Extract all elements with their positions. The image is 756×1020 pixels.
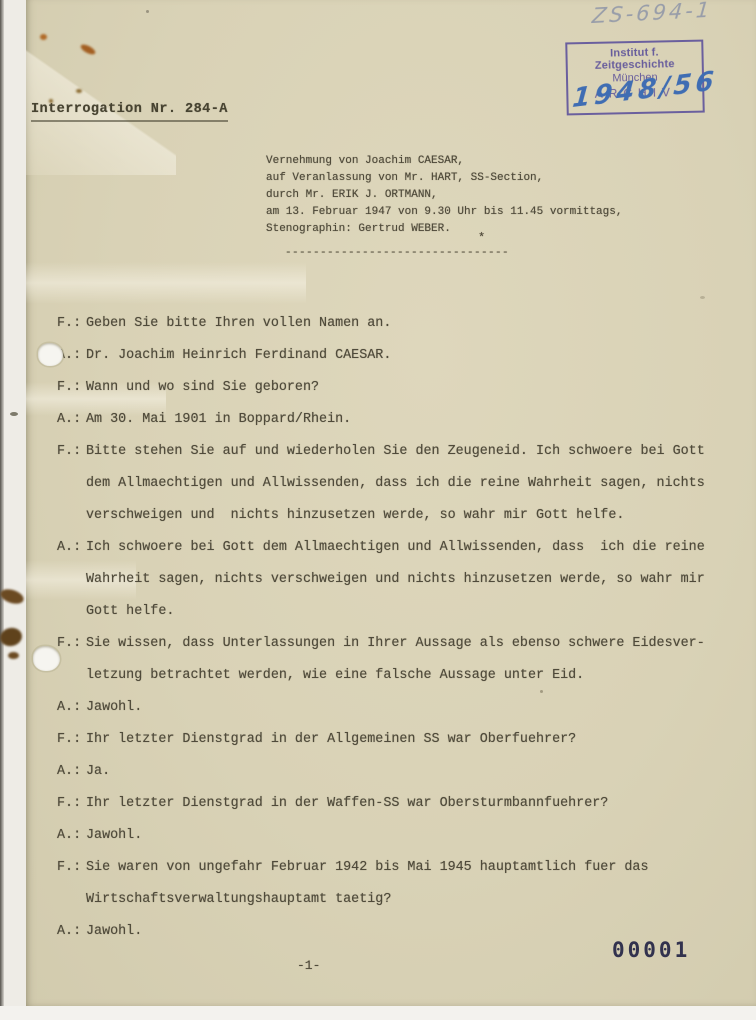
page-number: -1- xyxy=(297,958,320,973)
transcript-text: Wirtschaftsverwaltungshauptamt taetig? xyxy=(86,892,391,907)
scan-margin-bottom xyxy=(0,1006,756,1020)
transcript-text: Jawohl. xyxy=(86,700,142,715)
speaker-label: A.: xyxy=(57,692,86,724)
transcript-text: dem Allmaechtigen und Allwissenden, dass… xyxy=(86,476,705,491)
speaker-label: F.: xyxy=(57,852,86,884)
transcript-text: Ja. xyxy=(86,764,110,779)
transcript-text: Dr. Joachim Heinrich Ferdinand CAESAR. xyxy=(86,348,391,363)
transcript-text: Jawohl. xyxy=(86,924,142,939)
transcript-line: F.:Geben Sie bitte Ihren vollen Namen an… xyxy=(57,308,729,340)
punch-hole xyxy=(33,646,60,671)
transcript-line: A.:Jawohl. xyxy=(57,820,729,852)
speaker-label: A.: xyxy=(57,404,86,436)
separator-line: -------------------------------- xyxy=(285,247,509,259)
transcript-text: Ihr letzter Dienstgrad in der Allgemeine… xyxy=(86,732,576,747)
speaker-label: A.: xyxy=(57,756,86,788)
transcript-text: Wahrheit sagen, nichts verschweigen und … xyxy=(86,572,705,587)
transcript-text: Jawohl. xyxy=(86,828,142,843)
speaker-label: F.: xyxy=(57,372,86,404)
corner-fold-crease xyxy=(26,0,176,175)
transcript-text: Sie waren von ungefahr Februar 1942 bis … xyxy=(86,860,649,875)
transcript-line: verschweigen und nichts hinzusetzen werd… xyxy=(57,500,729,532)
header-line: auf Veranlassung von Mr. HART, SS-Sectio… xyxy=(266,170,622,187)
speaker-label: F.: xyxy=(57,436,86,468)
stamp-line-institute: Institut f. Zeitgeschichte xyxy=(569,46,699,73)
transcript-line: A.:Dr. Joachim Heinrich Ferdinand CAESAR… xyxy=(57,340,729,372)
transcript-text: verschweigen und nichts hinzusetzen werd… xyxy=(86,508,624,523)
transcript-line: F.:Ihr letzter Dienstgrad in der Allgeme… xyxy=(57,724,729,756)
transcript-line: F.:Sie wissen, dass Unterlassungen in Ih… xyxy=(57,628,729,660)
transcript-text: Geben Sie bitte Ihren vollen Namen an. xyxy=(86,316,391,331)
asterisk-mark: * xyxy=(478,231,485,245)
transcript-line: F.:Sie waren von ungefahr Februar 1942 b… xyxy=(57,852,729,884)
transcript-line: F.:Ihr letzter Dienstgrad in der Waffen-… xyxy=(57,788,729,820)
transcript-text: Bitte stehen Sie auf und wiederholen Sie… xyxy=(86,444,705,459)
transcript-text: Ich schwoere bei Gott dem Allmaechtigen … xyxy=(86,540,705,555)
rust-stain xyxy=(49,99,53,103)
transcript: F.:Geben Sie bitte Ihren vollen Namen an… xyxy=(57,308,729,948)
speck xyxy=(10,412,18,416)
speaker-label: F.: xyxy=(57,308,86,340)
scan-margin-left xyxy=(4,0,28,1020)
paper-wrinkle xyxy=(26,262,306,304)
document-title: Interrogation Nr. 284-A xyxy=(31,102,228,122)
transcript-line: Wirtschaftsverwaltungshauptamt taetig? xyxy=(57,884,729,916)
rust-stain xyxy=(76,89,82,93)
transcript-line: A.:Ja. xyxy=(57,756,729,788)
speck xyxy=(146,10,149,13)
document-header: Vernehmung von Joachim CAESAR,auf Veranl… xyxy=(266,153,622,238)
transcript-line: Gott helfe. xyxy=(57,596,729,628)
transcript-text: Am 30. Mai 1901 in Boppard/Rhein. xyxy=(86,412,351,427)
punch-hole xyxy=(38,343,63,366)
speaker-label: F.: xyxy=(57,628,86,660)
transcript-line: dem Allmaechtigen und Allwissenden, dass… xyxy=(57,468,729,500)
transcript-text: Wann und wo sind Sie geboren? xyxy=(86,380,319,395)
transcript-text: Ihr letzter Dienstgrad in der Waffen-SS … xyxy=(86,796,608,811)
speck xyxy=(700,296,705,299)
header-line: Vernehmung von Joachim CAESAR, xyxy=(266,153,622,170)
transcript-line: A.:Ich schwoere bei Gott dem Allmaechtig… xyxy=(57,532,729,564)
transcript-line: A.:Jawohl. xyxy=(57,692,729,724)
transcript-text: letzung betrachtet werden, wie eine fals… xyxy=(86,668,584,683)
transcript-line: Wahrheit sagen, nichts verschweigen und … xyxy=(57,564,729,596)
transcript-line: F.:Bitte stehen Sie auf und wiederholen … xyxy=(57,436,729,468)
transcript-line: F.:Wann und wo sind Sie geboren? xyxy=(57,372,729,404)
speck xyxy=(540,690,543,693)
dirt-smudge xyxy=(8,652,19,659)
transcript-line: A.:Am 30. Mai 1901 in Boppard/Rhein. xyxy=(57,404,729,436)
header-line: durch Mr. ERIK J. ORTMANN, xyxy=(266,187,622,204)
speaker-label: A.: xyxy=(57,820,86,852)
speaker-label: F.: xyxy=(57,788,86,820)
speaker-label: A.: xyxy=(57,532,86,564)
header-line: Stenographin: Gertrud WEBER. xyxy=(266,221,622,238)
folio-number-stamp: 00001 xyxy=(612,938,690,962)
speaker-label: F.: xyxy=(57,724,86,756)
rust-stain xyxy=(40,34,47,40)
header-line: am 13. Februar 1947 von 9.30 Uhr bis 11.… xyxy=(266,204,622,221)
transcript-line: letzung betrachtet werden, wie eine fals… xyxy=(57,660,729,692)
transcript-text: Gott helfe. xyxy=(86,604,174,619)
speaker-label: A.: xyxy=(57,916,86,948)
transcript-text: Sie wissen, dass Unterlassungen in Ihrer… xyxy=(86,636,705,651)
